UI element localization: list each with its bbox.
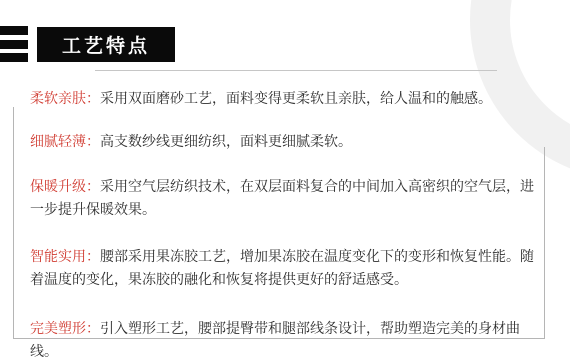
decor-line-left [13,107,14,338]
menu-icon-bar [0,26,28,35]
feature-list: 柔软亲肤：采用双面磨砂工艺，面料变得更柔软且亲肤，给人温和的触感。 细腻轻薄：高… [30,87,544,360]
feature-item: 完美塑形：引入塑形工艺，腰部提臀带和腿部线条设计，帮助塑造完美的身材曲线。 [30,317,544,360]
feature-desc: 采用空气层纺织技术，在双层面料复合的中间加入高密织的空气层，进一步提升保暖效果。 [30,178,534,217]
page-title: 工艺特点 [62,31,150,58]
decor-line-right [544,147,545,339]
menu-icon-bar [0,53,28,62]
menu-icon-bar [0,40,28,49]
feature-label: 智能实用： [30,248,100,264]
feature-label: 细腻轻薄： [30,133,100,149]
craft-features-panel: 工艺特点 柔软亲肤：采用双面磨砂工艺，面料变得更柔软且亲肤，给人温和的触感。 细… [0,0,570,360]
feature-item: 细腻轻薄：高支数纱线更细纺织，面料更细腻柔软。 [30,130,544,153]
section-title-box: 工艺特点 [37,27,175,62]
menu-icon [0,26,28,62]
feature-desc: 腰部采用果冻胶工艺，增加果冻胶在温度变化下的变形和恢复性能。随着温度的变化，果冻… [30,248,534,287]
feature-item: 智能实用：腰部采用果冻胶工艺，增加果冻胶在温度变化下的变形和恢复性能。随着温度的… [30,245,544,291]
feature-desc: 高支数纱线更细纺织，面料更细腻柔软。 [100,133,352,149]
feature-label: 保暖升级： [30,178,100,194]
feature-label: 柔软亲肤： [30,90,100,106]
feature-label: 完美塑形： [30,320,100,336]
feature-desc: 引入塑形工艺，腰部提臀带和腿部线条设计，帮助塑造完美的身材曲线。 [30,320,520,359]
feature-item: 保暖升级：采用空气层纺织技术，在双层面料复合的中间加入高密织的空气层，进一步提升… [30,175,544,221]
feature-desc: 采用双面磨砂工艺，面料变得更柔软且亲肤，给人温和的触感。 [100,90,492,106]
feature-item: 柔软亲肤：采用双面磨砂工艺，面料变得更柔软且亲肤，给人温和的触感。 [30,87,544,110]
decor-line-top [95,70,497,71]
